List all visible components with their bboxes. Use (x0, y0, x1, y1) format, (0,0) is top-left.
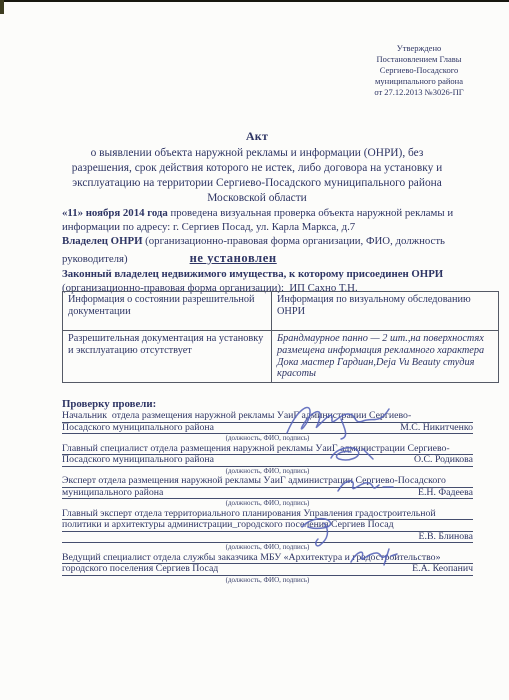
signature-line-fill (214, 423, 396, 434)
signature-line-fill (163, 488, 414, 499)
inspector-signature-line: Е.В. Блинова (62, 532, 473, 544)
intro-line-address: информации по адресу: г. Сергиев Посад, … (62, 220, 474, 234)
document-title: Акт о выявлении объекта наружной рекламы… (42, 129, 472, 206)
intro-line-date: «11» ноября 2014 года проведена визуальн… (62, 206, 474, 220)
intro-paragraph: «11» ноября 2014 года проведена визуальн… (62, 206, 474, 295)
inspector-name: Е.А. Кеопанич (408, 564, 473, 575)
table-cell-docs-status: Разрешительная документация на установку… (63, 331, 272, 383)
inspector-entry: Ведущий специалист отдела службы заказчи… (62, 553, 473, 586)
inspector-signature-line: городского поселения Сергиев ПосадЕ.А. К… (62, 564, 473, 576)
approval-line: Сергиево-Посадского (364, 65, 474, 76)
inspector-name: М.С. Никитченко (396, 423, 473, 434)
approval-line: Постановлением Главы (364, 54, 474, 65)
inspector-entry: Главный специалист отдела размещения нар… (62, 444, 473, 477)
approval-line: Утверждено (364, 43, 474, 54)
inspectors-section: Проверку провели: Начальник отдела разме… (62, 398, 473, 585)
owner-not-established: не установлен (190, 251, 277, 265)
inspector-name: Е.В. Блинова (415, 532, 473, 543)
signature-line-fill (218, 564, 408, 575)
approval-block: Утверждено Постановлением Главы Сергиево… (364, 43, 474, 98)
intro-line-owner-value: руководителя)не установлен (62, 251, 474, 266)
inspector-signature-line: Посадского муниципального районаО.С. Род… (62, 455, 473, 467)
inspector-name: Е.Н. Фадеева (414, 488, 473, 499)
title-heading: Акт (42, 129, 472, 143)
scan-edge-artifact (0, 0, 509, 2)
inspector-entry: Эксперт отдела размещения наружной рекла… (62, 476, 473, 509)
inspector-entry: Начальник отдела размещения наружной рек… (62, 411, 473, 444)
approval-line: муниципального района (364, 76, 474, 87)
inspectors-heading: Проверку провели: (62, 398, 473, 410)
title-line: разрешения, срок действия которого не ис… (42, 161, 472, 176)
scan-corner-artifact (0, 0, 4, 14)
intro-line-owner: Владелец ОНРИ (организационно-правовая ф… (62, 234, 474, 248)
inspector-position-line: Эксперт отдела размещения наружной рекла… (62, 476, 473, 488)
inspection-table: Информация о состоянии разрешительной до… (62, 291, 499, 383)
approval-line: от 27.12.2013 №3026-ПГ (364, 87, 474, 98)
document-page: Утверждено Постановлением Главы Сергиево… (0, 0, 509, 700)
inspector-signature-line: Посадского муниципального районаМ.С. Ник… (62, 423, 473, 435)
table-row: Разрешительная документация на установку… (63, 331, 499, 383)
title-line: о выявлении объекта наружной рекламы и и… (42, 146, 472, 161)
intro-line-legal-owner: Законный владелец недвижимого имущества,… (62, 267, 474, 281)
title-line: эксплуатацию на территории Сергиево-Поса… (42, 176, 472, 191)
inspector-entry: Главный эксперт отдела территориального … (62, 509, 473, 553)
table-cell-visual-result: Брандмаурное панно — 2 шт.,на поверхност… (272, 331, 499, 383)
title-line: Московской области (42, 191, 472, 206)
signature-line-fill (62, 532, 415, 543)
table-header-docs: Информация о состоянии разрешительной до… (63, 292, 272, 331)
inspector-signature-line: муниципального районаЕ.Н. Фадеева (62, 488, 473, 500)
signature-line-fill (214, 455, 410, 466)
inspector-position-line: политики и архитектуры администрации_гор… (62, 520, 473, 532)
table-header-visual: Информация по визуальному обследованию О… (272, 292, 499, 331)
inspector-position-line: Начальник отдела размещения наружной рек… (62, 411, 473, 423)
inspector-name: О.С. Родикова (410, 455, 473, 466)
table-header-row: Информация о состоянии разрешительной до… (63, 292, 499, 331)
signature-caption: (должность, ФИО, подпись) (62, 576, 473, 586)
